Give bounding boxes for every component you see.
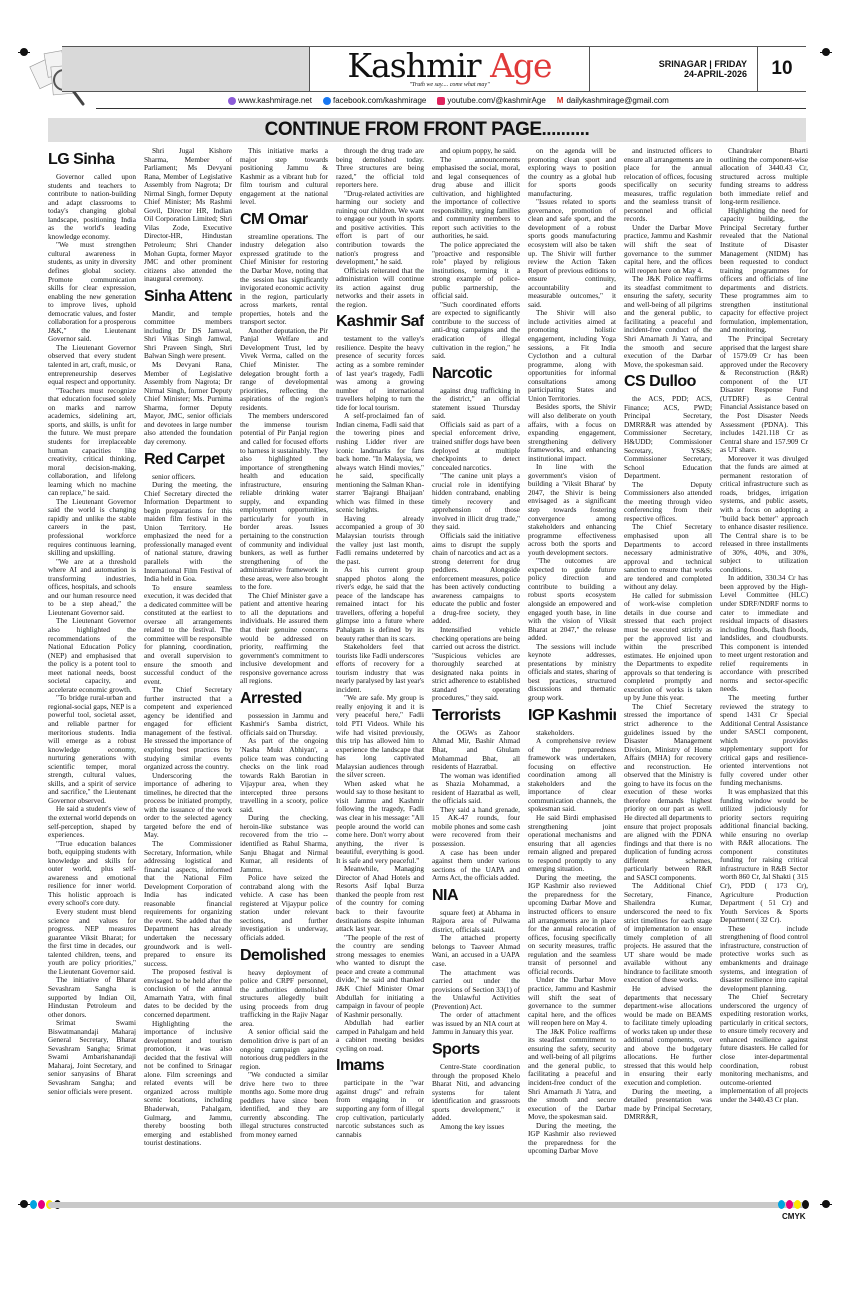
article-paragraph: In line with the government's vision of … (528, 463, 616, 557)
article-paragraph: on the agenda will be promoting clean sp… (528, 147, 616, 198)
globe-icon (228, 97, 236, 105)
article-paragraph: through the drug trade are being demolis… (336, 147, 424, 190)
social-label: dailykashmirage@gmail.com (566, 96, 668, 105)
article-paragraph: "Such coordinated efforts are expected t… (432, 301, 520, 361)
article-paragraph: the OGWs as Zahoor Ahmad Mir, Bashir Ahm… (432, 729, 520, 772)
article-paragraph: Under the Darbar Move practice, Jammu an… (624, 224, 712, 275)
article-paragraph: "We are safe. My group is really enjoyin… (336, 694, 424, 779)
column-4: through the drug trade are being demolis… (336, 147, 424, 1187)
article-paragraph: The Chief Minister gave a patient and at… (240, 592, 328, 686)
article-paragraph: "True education balances both, equipping… (48, 840, 136, 908)
article-paragraph: "To bridge rural-urban and regional-soci… (48, 694, 136, 805)
social-label: www.kashmirage.net (238, 96, 312, 105)
column-8: Chandraker Bharti outlining the componen… (720, 147, 808, 1187)
article-headline[interactable]: Red Carpet (144, 451, 232, 469)
article-paragraph: possession in Jammu and Kashmir's Samba … (240, 712, 328, 738)
article-headline[interactable]: LG Sinha (48, 151, 136, 169)
article-headline[interactable]: Kashmir Safe (336, 313, 424, 331)
city-day: SRINAGAR | FRIDAY (659, 59, 747, 69)
column-3: This initiative marks a major step towar… (240, 147, 328, 1187)
article-paragraph: As his current group snapped photos alon… (336, 566, 424, 643)
article-paragraph: Intensified vehicle checking operations … (432, 626, 520, 703)
article-paragraph: against drug trafficking in the district… (432, 387, 520, 421)
article-paragraph: Officials reiterated that the administra… (336, 267, 424, 310)
article-paragraph: "Issues related to sports governance, pr… (528, 198, 616, 309)
article-paragraph: The attached property belongs to Taaveer… (432, 934, 520, 968)
registration-mark-top-left (20, 48, 28, 56)
social-label: facebook.com/kashmirage (333, 96, 426, 105)
issue-date: 24-APRIL-2026 (684, 69, 747, 79)
article-paragraph: The Chief Secretary underscored the urge… (720, 993, 808, 1104)
page-number: 10 (758, 47, 806, 91)
article-headline[interactable]: Arrested (240, 690, 328, 708)
article-paragraph: Meanwhile, Managing Director of Ahad Hot… (336, 865, 424, 933)
article-paragraph: The proposed festival is envisaged to be… (144, 968, 232, 1019)
article-paragraph: Officials said as part of a special enfo… (432, 421, 520, 472)
social-link-website[interactable]: www.kashmirage.net (228, 96, 312, 105)
black-dot (802, 1200, 809, 1209)
column-6: on the agenda will be promoting clean sp… (528, 147, 616, 1187)
gmail-icon: M (557, 96, 564, 105)
article-paragraph: "The people of the rest of the country a… (336, 934, 424, 1019)
article-headline[interactable]: CS Dulloo (624, 373, 712, 391)
article-paragraph: The meeting further reviewed the strateg… (720, 694, 808, 788)
facebook-icon (323, 97, 331, 105)
article-paragraph: Another deputation, the Pir Panjal Welfa… (240, 327, 328, 412)
article-paragraph: He said a student's view of the external… (48, 805, 136, 839)
article-paragraph: The members underscored the immense tour… (240, 412, 328, 591)
article-paragraph: and instructed officers to ensure all ar… (624, 147, 712, 224)
article-paragraph: The attachment was carried out under the… (432, 969, 520, 1012)
article-paragraph: "Drug-related activities are harming our… (336, 190, 424, 267)
article-paragraph: The Lieutenant Governor said the world i… (48, 498, 136, 558)
registration-mark-top-right (822, 48, 830, 56)
column-7: and instructed officers to ensure all ar… (624, 147, 712, 1187)
article-paragraph: During the meeting, a detailed presentat… (624, 1088, 712, 1122)
logo-text-age: Age (490, 46, 552, 85)
article-headline[interactable]: Sports (432, 1041, 520, 1059)
article-headline[interactable]: Sinha Attends (144, 288, 232, 306)
article-paragraph: participate in the "war against drugs" a… (336, 1079, 424, 1139)
social-link-facebook[interactable]: facebook.com/kashmirage (323, 96, 426, 105)
dateline: SRINAGAR | FRIDAY 24-APRIL-2026 (590, 47, 758, 91)
article-paragraph: The Deputy Commissioners also attended t… (624, 481, 712, 524)
tagline: "Truth we say.... come what may" (409, 82, 489, 88)
article-paragraph: He advised the departments that necessar… (624, 985, 712, 1088)
article-paragraph: "The outcomes are expected to guide futu… (528, 557, 616, 642)
article-columns: LG SinhaGovernor called upon students an… (48, 147, 808, 1187)
column-5: and opium poppy, he said.The announcemen… (432, 147, 520, 1187)
article-paragraph: Stakeholders feel that tourists like Fad… (336, 643, 424, 694)
article-headline[interactable]: Terrorists (432, 707, 520, 725)
article-paragraph: Every student must blend science and val… (48, 908, 136, 976)
article-paragraph: The police appreciated the "proactive an… (432, 241, 520, 301)
yellow-dot (794, 1200, 801, 1209)
article-paragraph: square feet) at Abhama in Rajpora area o… (432, 909, 520, 935)
footer-grey-bar (48, 1202, 806, 1208)
article-paragraph: This initiative marks a major step towar… (240, 147, 328, 207)
article-paragraph: streamline operations. The industry dele… (240, 233, 328, 327)
article-paragraph: Under the Darbar Move practice, Jammu an… (528, 976, 616, 1027)
article-paragraph: Governor called upon students and teache… (48, 173, 136, 241)
article-paragraph: The announcements emphasised the social,… (432, 156, 520, 241)
article-paragraph: The Additional Chief Secretary, Finance,… (624, 882, 712, 985)
article-paragraph: The Chief Secretary further instructed t… (144, 686, 232, 771)
magenta-dot (38, 1200, 45, 1209)
article-paragraph: The J&K Police reaffirms its steadfast c… (528, 1028, 616, 1122)
article-paragraph: "Teachers must recognize that education … (48, 387, 136, 498)
article-paragraph: The sessions will include keynote addres… (528, 643, 616, 703)
article-paragraph: The Chief Secretary emphasised upon all … (624, 523, 712, 591)
article-headline[interactable]: NIA (432, 887, 520, 905)
article-headline[interactable]: Demolished (240, 947, 328, 965)
article-paragraph: heavy deployment of police and CRPF pers… (240, 969, 328, 1029)
article-paragraph: Centre-State coordination through the pr… (432, 1063, 520, 1123)
youtube-icon (437, 97, 445, 105)
logo-text-kashmir: Kashmir (347, 46, 490, 85)
article-paragraph: He said Birdi emphasised strengthening j… (528, 814, 616, 874)
article-paragraph: A senior official said the demolition dr… (240, 1028, 328, 1071)
article-paragraph: During the meeting, the IGP Kashmir also… (528, 1122, 616, 1156)
social-label: youtube.com/@kashmirAge (447, 96, 545, 105)
cmyk-label: CMYK (782, 1212, 806, 1221)
article-paragraph: During the meeting, the IGP Kashmir also… (528, 874, 616, 977)
article-paragraph: "We conducted a similar drive here two t… (240, 1071, 328, 1139)
article-headline[interactable]: IGP Kashmir (528, 707, 616, 725)
article-paragraph: the ACS, PDD; ACS, Finance; ACS, PWD; Pr… (624, 395, 712, 480)
article-paragraph: Srimat Swami Biswatmanandaji Maharaj Gen… (48, 1019, 136, 1096)
article-paragraph: Chandraker Bharti outlining the componen… (720, 147, 808, 207)
article-paragraph: Having already accompanied a group of 30… (336, 515, 424, 566)
article-paragraph: The J&K Police reaffirms its steadfast c… (624, 275, 712, 369)
article-headline[interactable]: Imams (336, 1057, 424, 1075)
column-1: LG SinhaGovernor called upon students an… (48, 147, 136, 1187)
article-paragraph: The Lieutenant Governor also highlighted… (48, 617, 136, 694)
cmyk-color-bar-right (778, 1200, 809, 1209)
article-paragraph: It was emphasized that this funding wind… (720, 788, 808, 925)
article-paragraph: The Commissioner Secretary, Information,… (144, 840, 232, 968)
article-paragraph: "The canine unit plays a crucial role in… (432, 472, 520, 532)
article-paragraph: Mandir, and temple committee members inc… (144, 310, 232, 361)
cyan-dot (778, 1200, 785, 1209)
article-paragraph: A self-proclaimed fan of Indian cinema, … (336, 412, 424, 515)
social-link-youtube[interactable]: youtube.com/@kashmirAge (437, 96, 545, 105)
article-paragraph: "We must strengthen cultural awareness i… (48, 241, 136, 344)
article-headline[interactable]: CM Omar (240, 211, 328, 229)
article-paragraph: To ensure seamless execution, it was dec… (144, 584, 232, 687)
section-banner: CONTINUE FROM FRONT PAGE.......... (48, 118, 806, 142)
article-paragraph: Abdullah had earlier camped in Pahalgam … (336, 1019, 424, 1053)
article-paragraph: The Lieutenant Governor observed that ev… (48, 344, 136, 387)
article-paragraph: He called for submission of work-wise co… (624, 592, 712, 703)
article-paragraph: As part of the ongoing 'Nasha Mukt Abhiy… (240, 737, 328, 814)
article-paragraph: "We are at a threshold where AI and auto… (48, 558, 136, 618)
article-paragraph: The Principal Secretary apprised that th… (720, 335, 808, 455)
article-paragraph: Officials said the initiative aims to di… (432, 532, 520, 626)
article-paragraph: Ms Devyani Rana, Member of Legislative A… (144, 361, 232, 446)
article-paragraph: A comprehensive review of the preparedne… (528, 737, 616, 814)
article-paragraph: The Chief Secretary stressed the importa… (624, 703, 712, 882)
article-paragraph: Moreover it was divulged that the funds … (720, 455, 808, 575)
social-link-email[interactable]: M dailykashmirage@gmail.com (557, 96, 669, 105)
article-paragraph: Police have seized the contraband along … (240, 874, 328, 942)
article-paragraph: They said a hand grenade, 15 AK-47 round… (432, 806, 520, 849)
column-2: Shri Jugal Kishore Sharma, Member of Par… (144, 147, 232, 1187)
article-paragraph: Highlighting the need for capacity build… (720, 207, 808, 335)
article-paragraph: The initiative of Bharat Sevashram Sangh… (48, 976, 136, 1019)
article-paragraph: Shri Jugal Kishore Sharma, Member of Par… (144, 147, 232, 284)
masthead: Kashmir Age "Truth we say.... come what … (62, 46, 806, 92)
magenta-dot (786, 1200, 793, 1209)
newspaper-logo[interactable]: Kashmir Age "Truth we say.... come what … (310, 47, 590, 91)
article-paragraph: During the meeting, the Chief Secretary … (144, 481, 232, 584)
article-paragraph: Highlighting the importance of inclusive… (144, 1020, 232, 1148)
article-paragraph: A case has been under against them under… (432, 849, 520, 883)
article-headline[interactable]: Narcotic (432, 365, 520, 383)
article-paragraph: These include strengthening of flood con… (720, 925, 808, 993)
article-paragraph: The Shivir will also include activities … (528, 309, 616, 403)
registration-mark-bottom-right (822, 1200, 830, 1208)
article-paragraph: Underscoring the importance of adhering … (144, 772, 232, 840)
article-paragraph: When asked what he would say to those he… (336, 780, 424, 865)
masthead-grey-panel (62, 47, 310, 91)
article-paragraph: During the checking, heroin-like substan… (240, 814, 328, 874)
article-paragraph: Among the key issues (432, 1123, 520, 1132)
article-paragraph: The woman was identified as Shazia Moham… (432, 772, 520, 806)
social-links-bar: www.kashmirage.net facebook.com/kashmira… (96, 93, 806, 109)
cyan-dot (30, 1200, 37, 1209)
registration-mark-bottom-left (20, 1200, 28, 1208)
article-paragraph: Besides sports, the Shivir will also del… (528, 403, 616, 463)
article-paragraph: testament to the valley's resilience. De… (336, 335, 424, 412)
article-paragraph: The order of attachment was issued by an… (432, 1011, 520, 1037)
article-paragraph: In addition, 330.34 Cr has been approved… (720, 574, 808, 694)
